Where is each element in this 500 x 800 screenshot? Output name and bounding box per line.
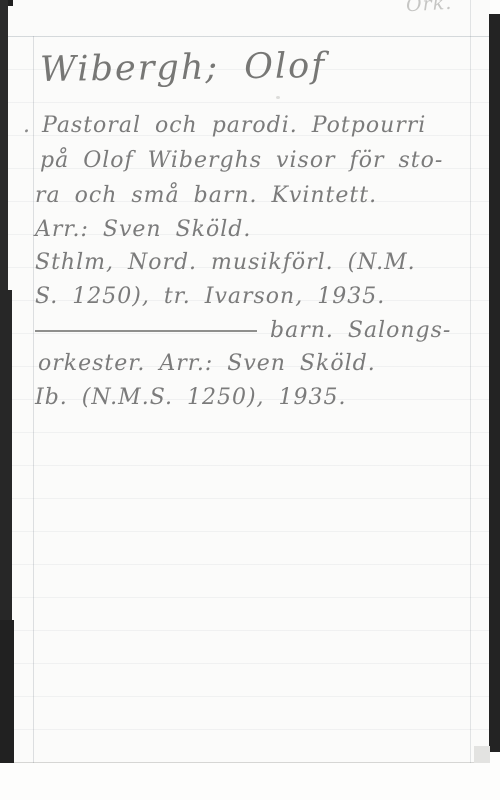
scanned-card: Ork. Wibergh; Olof . Pastoral och parodi… <box>0 0 500 800</box>
film-border-right <box>489 14 500 752</box>
card-line: Pastoral och parodi. Potpourri <box>42 111 426 141</box>
card-bottom-edge <box>7 762 490 763</box>
card-line: på Olof Wiberghs visor för sto- <box>40 146 443 176</box>
film-border-left <box>0 0 8 290</box>
card-line: barn. Salongs- <box>35 316 451 346</box>
card-line: S. 1250), tr. Ivarson, 1935. <box>35 282 385 312</box>
margin-dot: . <box>23 113 31 138</box>
film-border-left <box>0 290 12 620</box>
card-line: orkester. Arr.: Sven Sköld. <box>38 349 376 379</box>
card-top-rule <box>7 36 490 37</box>
film-border-left <box>0 620 14 763</box>
card-line: ra och små barn. Kvintett. <box>35 181 377 211</box>
card-line-text: barn. Salongs- <box>270 318 451 343</box>
card-line: Sthlm, Nord. musikförl. (N.M. <box>35 248 416 278</box>
scan-speck <box>276 96 280 99</box>
ditto-line <box>35 328 257 332</box>
margin-line-right <box>470 0 471 763</box>
corner-note: Ork. <box>405 0 452 16</box>
card-heading: Wibergh; Olof <box>40 46 327 90</box>
margin-line-left <box>33 36 34 763</box>
scan-corner-patch <box>474 746 490 763</box>
card-line: Arr.: Sven Sköld. <box>35 215 251 245</box>
card-line: Ib. (N.M.S. 1250), 1935. <box>35 383 347 413</box>
